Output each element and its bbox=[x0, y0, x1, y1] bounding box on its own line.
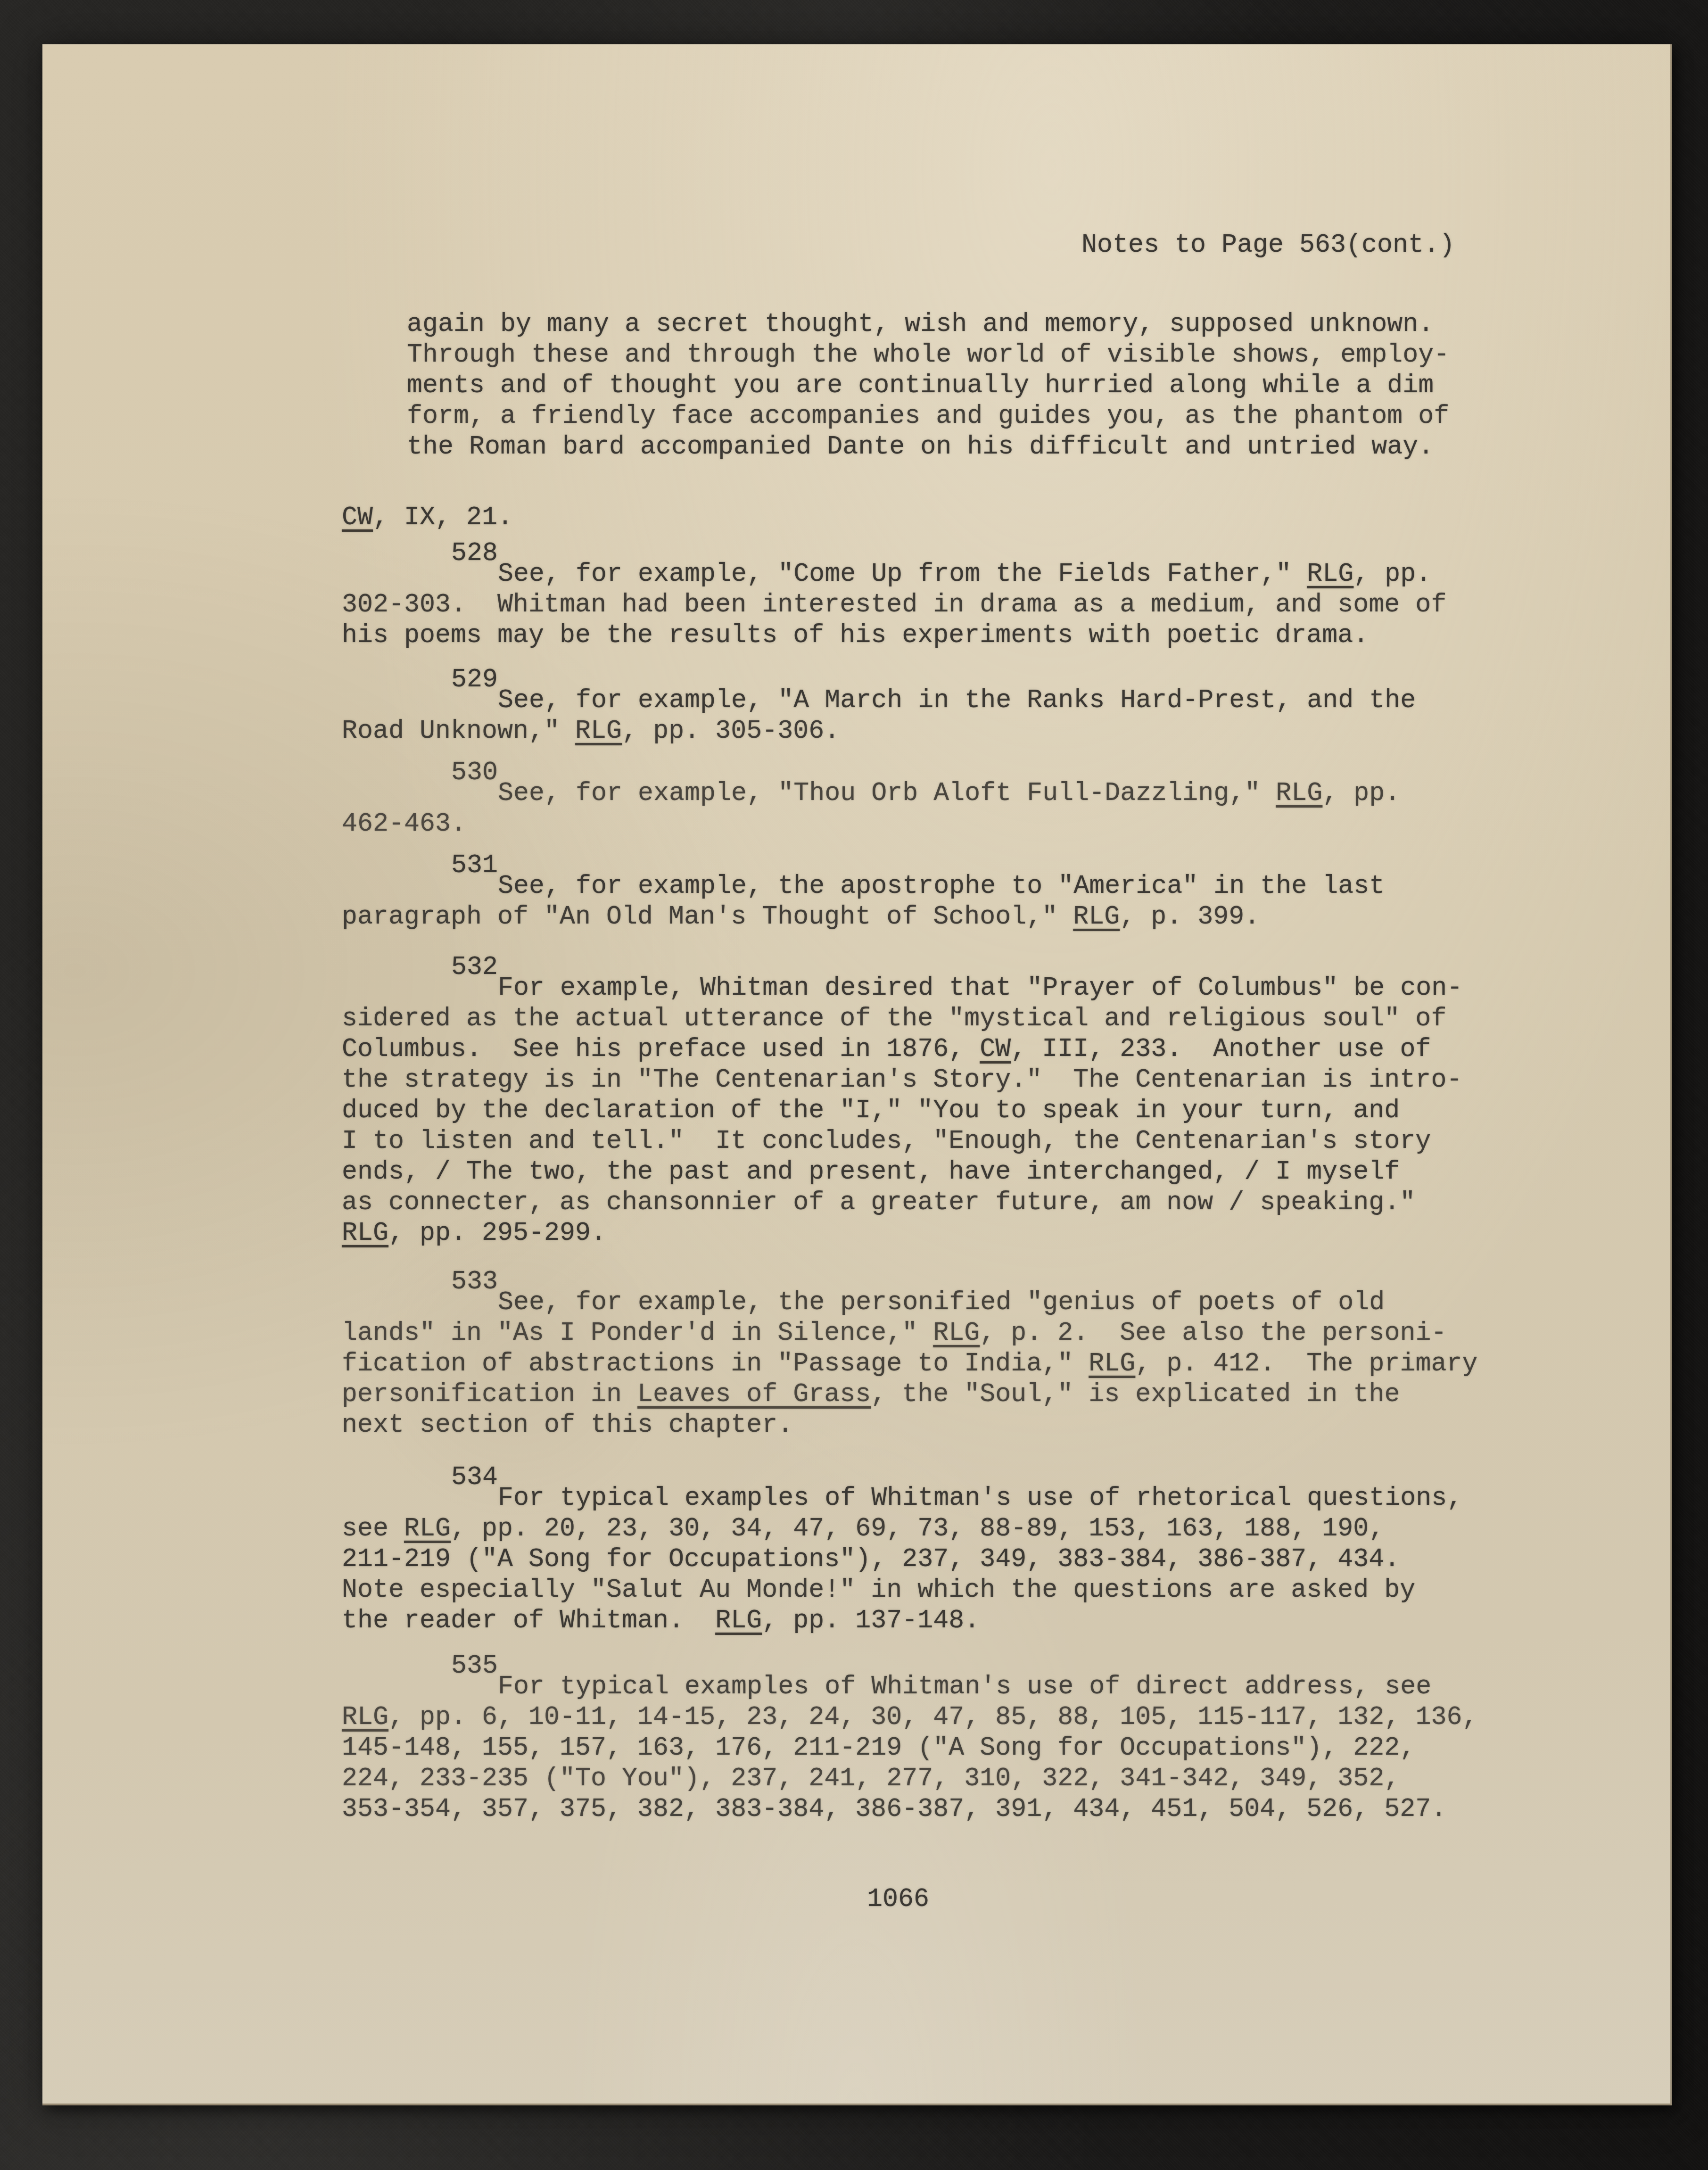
note-line: 529See, for example, "A March in the Ran… bbox=[342, 685, 1416, 716]
text-segment: See, for example, the apostrophe to "Ame… bbox=[498, 871, 1385, 901]
note-number-superscript: 528 bbox=[451, 538, 498, 569]
underlined-reference: RLG bbox=[1276, 778, 1322, 808]
text-segment: 211-219 ("A Song for Occupations"), 237,… bbox=[342, 1544, 1400, 1574]
text-segment: the reader of Whitman. bbox=[342, 1606, 715, 1635]
footnote-531: 531See, for example, the apostrophe to "… bbox=[342, 871, 1385, 932]
note-line: 534For typical examples of Whitman's use… bbox=[342, 1483, 1462, 1513]
text-segment: 462-463. bbox=[342, 809, 466, 839]
text-segment: , pp. 305-306. bbox=[622, 716, 840, 746]
note-line: sidered as the actual utterance of the "… bbox=[342, 1003, 1462, 1034]
underlined-reference: RLG bbox=[1307, 559, 1353, 589]
underlined-reference: RLG bbox=[575, 716, 622, 746]
text-segment: his poems may be the results of his expe… bbox=[342, 620, 1369, 650]
note-line: 302-303. Whitman had been interested in … bbox=[342, 589, 1446, 620]
text-segment: Note especially "Salut Au Monde!" in whi… bbox=[342, 1575, 1415, 1605]
text-segment: Road Unknown," bbox=[342, 716, 575, 746]
note-line: as connecter, as chansonnier of a greate… bbox=[342, 1187, 1462, 1218]
text-segment: ends, / The two, the past and present, h… bbox=[342, 1157, 1400, 1187]
text-segment: See, for example, the personified "geniu… bbox=[498, 1287, 1385, 1317]
note-line: RLG, pp. 6, 10-11, 14-15, 23, 24, 30, 47… bbox=[342, 1702, 1477, 1733]
underlined-reference: RLG bbox=[342, 1218, 388, 1248]
note-line: fication of abstractions in "Passage to … bbox=[342, 1348, 1477, 1379]
text-segment: fication of abstractions in "Passage to … bbox=[342, 1349, 1089, 1378]
note-line: Road Unknown," RLG, pp. 305-306. bbox=[342, 716, 1416, 746]
note-line: 353-354, 357, 375, 382, 383-384, 386-387… bbox=[342, 1794, 1477, 1824]
text-segment: , the "Soul," is explicated in the bbox=[871, 1379, 1400, 1409]
text-segment: See, for example, "A March in the Ranks … bbox=[498, 685, 1416, 715]
text-segment: , pp. 6, 10-11, 14-15, 23, 24, 30, 47, 8… bbox=[388, 1702, 1477, 1732]
note-line: ends, / The two, the past and present, h… bbox=[342, 1156, 1462, 1187]
quote-line: Through these and through the whole worl… bbox=[407, 339, 1449, 370]
text-segment: , pp. 20, 23, 30, 34, 47, 69, 73, 88-89,… bbox=[451, 1514, 1384, 1543]
text-segment: , pp. 137-148. bbox=[762, 1606, 980, 1635]
note-line: 531See, for example, the apostrophe to "… bbox=[342, 871, 1385, 901]
note-line: paragraph of "An Old Man's Thought of Sc… bbox=[342, 901, 1385, 932]
text-segment: For typical examples of Whitman's use of… bbox=[498, 1672, 1431, 1701]
text-segment: , p. 399. bbox=[1120, 902, 1260, 932]
note-line: personification in Leaves of Grass, the … bbox=[342, 1379, 1477, 1410]
note-line: lands" in "As I Ponder'd in Silence," RL… bbox=[342, 1318, 1477, 1348]
text-segment: , IX, 21. bbox=[373, 503, 513, 532]
underlined-reference: RLG bbox=[404, 1514, 451, 1543]
running-head: Notes to Page 563(cont.) bbox=[1081, 230, 1455, 260]
text-segment: See, for example, "Thou Orb Aloft Full-D… bbox=[498, 778, 1276, 808]
footnote-534: 534For typical examples of Whitman's use… bbox=[342, 1483, 1462, 1636]
text-segment: 353-354, 357, 375, 382, 383-384, 386-387… bbox=[342, 1794, 1446, 1824]
note-line: 533See, for example, the personified "ge… bbox=[342, 1287, 1477, 1318]
note-number-superscript: 531 bbox=[451, 850, 498, 881]
note-number-superscript: 529 bbox=[451, 664, 498, 695]
text-segment: , pp. bbox=[1353, 559, 1431, 589]
text-segment: , p. 412. The primary bbox=[1135, 1349, 1477, 1378]
text-segment: For typical examples of Whitman's use of… bbox=[498, 1483, 1462, 1513]
text-segment: 224, 233-235 ("To You"), 237, 241, 277, … bbox=[342, 1764, 1400, 1793]
text-segment: 145-148, 155, 157, 163, 176, 211-219 ("A… bbox=[342, 1733, 1415, 1763]
quote-line: again by many a secret thought, wish and… bbox=[407, 309, 1449, 339]
note-line: next section of this chapter. bbox=[342, 1410, 1477, 1440]
underlined-reference: RLG bbox=[1073, 902, 1120, 932]
text-segment: the strategy is in "The Centenarian's St… bbox=[342, 1065, 1462, 1095]
note-number-superscript: 534 bbox=[451, 1462, 498, 1493]
text-segment: , pp. bbox=[1322, 778, 1400, 808]
text-segment: lands" in "As I Ponder'd in Silence," bbox=[342, 1318, 933, 1348]
footnote-533: 533See, for example, the personified "ge… bbox=[342, 1287, 1477, 1440]
note-line: Note especially "Salut Au Monde!" in whi… bbox=[342, 1575, 1462, 1605]
underlined-reference: RLG bbox=[1089, 1349, 1135, 1378]
text-segment: sidered as the actual utterance of the "… bbox=[342, 1004, 1446, 1033]
underlined-reference: RLG bbox=[715, 1606, 762, 1635]
note-line: 535For typical examples of Whitman's use… bbox=[342, 1671, 1477, 1702]
note-number-superscript: 535 bbox=[451, 1650, 498, 1681]
underlined-reference: Leaves of Grass bbox=[637, 1379, 871, 1409]
footnote-532: 532For example, Whitman desired that "Pr… bbox=[342, 973, 1462, 1248]
quote-line: ments and of thought you are continually… bbox=[407, 370, 1449, 401]
footnote-529: 529See, for example, "A March in the Ran… bbox=[342, 685, 1416, 746]
text-segment: duced by the declaration of the "I," "Yo… bbox=[342, 1096, 1400, 1125]
text-segment: personification in bbox=[342, 1379, 637, 1409]
note-line: 211-219 ("A Song for Occupations"), 237,… bbox=[342, 1544, 1462, 1575]
underlined-reference: CW bbox=[980, 1034, 1011, 1064]
note-line: 224, 233-235 ("To You"), 237, 241, 277, … bbox=[342, 1763, 1477, 1794]
text-segment: paragraph of "An Old Man's Thought of Sc… bbox=[342, 902, 1073, 932]
quote-line: the Roman bard accompanied Dante on his … bbox=[407, 431, 1449, 462]
note-line: 145-148, 155, 157, 163, 176, 211-219 ("A… bbox=[342, 1733, 1477, 1763]
footnote-528: 528See, for example, "Come Up from the F… bbox=[342, 559, 1446, 651]
text-segment: For example, Whitman desired that "Praye… bbox=[498, 973, 1462, 1003]
note-line: 530See, for example, "Thou Orb Aloft Ful… bbox=[342, 778, 1400, 809]
attribution-line: CW, IX, 21. bbox=[342, 502, 513, 533]
footnote-530: 530See, for example, "Thou Orb Aloft Ful… bbox=[342, 778, 1400, 839]
page-number: 1066 bbox=[867, 1884, 929, 1914]
note-line: 532For example, Whitman desired that "Pr… bbox=[342, 973, 1462, 1003]
text-segment: next section of this chapter. bbox=[342, 1410, 793, 1440]
text-segment: See, for example, "Come Up from the Fiel… bbox=[498, 559, 1307, 589]
text-segment: as connecter, as chansonnier of a greate… bbox=[342, 1188, 1415, 1217]
text-segment: see bbox=[342, 1514, 404, 1543]
note-number-superscript: 532 bbox=[451, 952, 498, 982]
note-line: duced by the declaration of the "I," "Yo… bbox=[342, 1095, 1462, 1126]
note-line: the strategy is in "The Centenarian's St… bbox=[342, 1064, 1462, 1095]
text-segment: Columbus. See his preface used in 1876, bbox=[342, 1034, 980, 1064]
text-segment: , p. 2. See also the personi- bbox=[980, 1318, 1446, 1348]
note-number-superscript: 530 bbox=[451, 757, 498, 788]
block-quote: again by many a secret thought, wish and… bbox=[407, 309, 1449, 462]
text-segment: , pp. 295-299. bbox=[388, 1218, 606, 1248]
note-line: RLG, pp. 295-299. bbox=[342, 1218, 1462, 1248]
note-line: Columbus. See his preface used in 1876, … bbox=[342, 1034, 1462, 1064]
text-segment: 302-303. Whitman had been interested in … bbox=[342, 590, 1446, 619]
note-line: 528See, for example, "Come Up from the F… bbox=[342, 559, 1446, 589]
note-line: see RLG, pp. 20, 23, 30, 34, 47, 69, 73,… bbox=[342, 1513, 1462, 1544]
note-number-superscript: 533 bbox=[451, 1266, 498, 1297]
photo-backdrop: Notes to Page 563(cont.) again by many a… bbox=[0, 0, 1708, 2170]
document-page: Notes to Page 563(cont.) again by many a… bbox=[42, 44, 1672, 2105]
text-segment: I to listen and tell." It concludes, "En… bbox=[342, 1126, 1431, 1156]
note-line: the reader of Whitman. RLG, pp. 137-148. bbox=[342, 1605, 1462, 1636]
underlined-reference: RLG bbox=[933, 1318, 980, 1348]
underlined-reference: RLG bbox=[342, 1702, 388, 1732]
underlined-reference: CW bbox=[342, 503, 373, 532]
note-line: his poems may be the results of his expe… bbox=[342, 620, 1446, 651]
footnote-535: 535For typical examples of Whitman's use… bbox=[342, 1671, 1477, 1824]
text-segment: , III, 233. Another use of bbox=[1011, 1034, 1431, 1064]
quote-line: form, a friendly face accompanies and gu… bbox=[407, 401, 1449, 431]
note-line: I to listen and tell." It concludes, "En… bbox=[342, 1126, 1462, 1156]
note-line: 462-463. bbox=[342, 809, 1400, 839]
